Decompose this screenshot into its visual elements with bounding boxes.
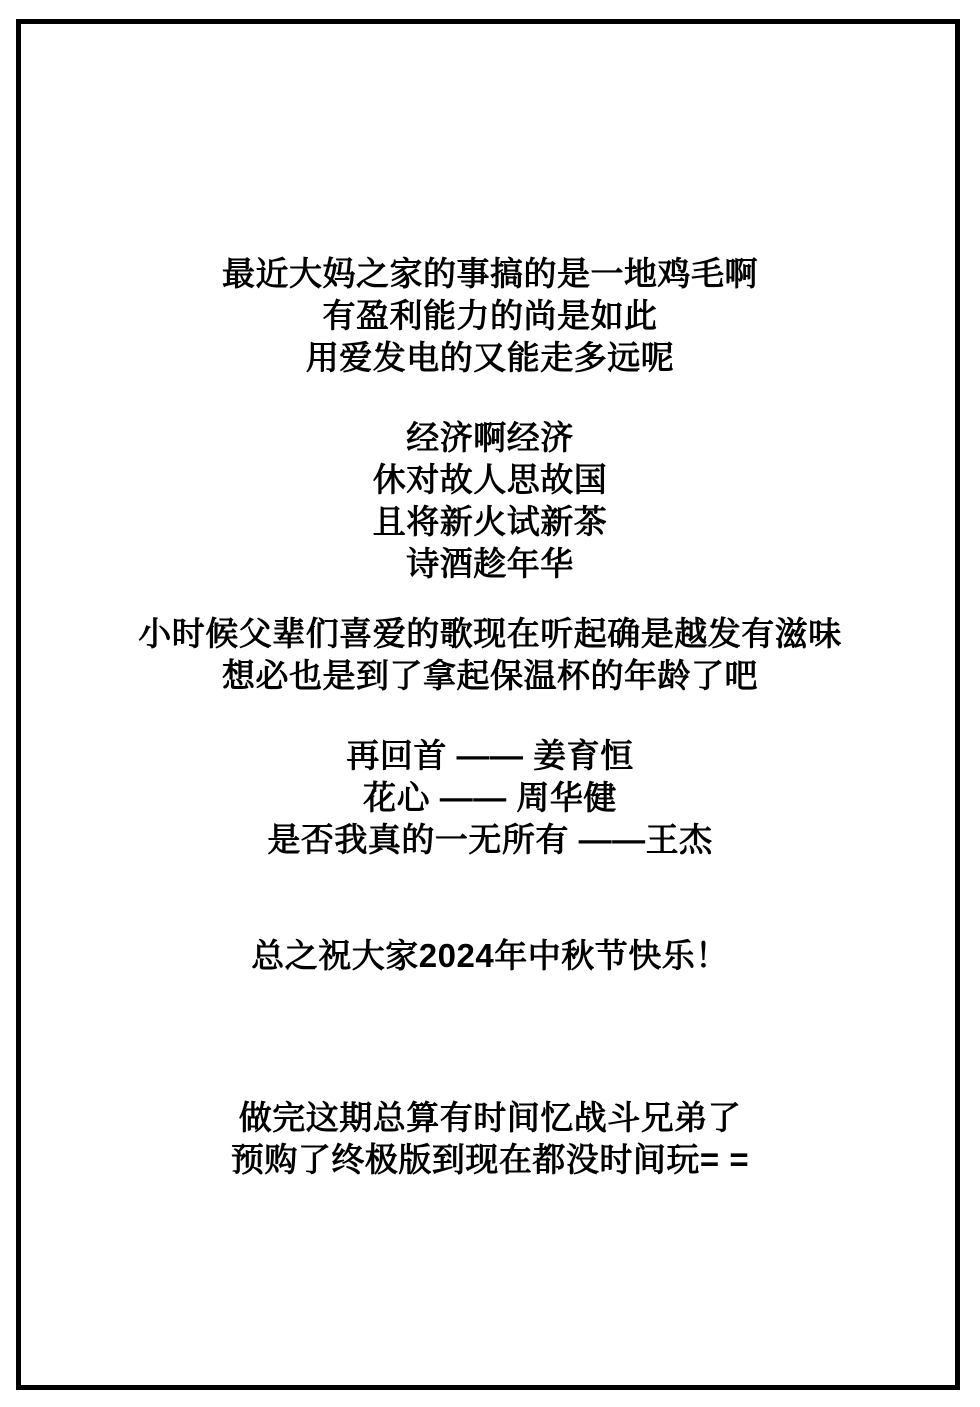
text-line: 想必也是到了拿起保温杯的年龄了吧 [0, 655, 980, 697]
text-line: 小时候父辈们喜爱的歌现在听起确是越发有滋味 [0, 613, 980, 655]
afterword-text-content: 最近大妈之家的事搞的是一地鸡毛啊 有盈利能力的尚是如此 用爱发电的又能走多远呢 … [0, 0, 980, 1181]
song-line: 花心 —— 周华健 [0, 777, 980, 819]
text-line: 用爱发电的又能走多远呢 [0, 337, 980, 379]
text-line: 且将新火试新茶 [0, 501, 980, 543]
text-line: 预购了终极版到现在都没时间玩= = [0, 1139, 980, 1181]
text-block-reflection: 小时候父辈们喜爱的歌现在听起确是越发有滋味 想必也是到了拿起保温杯的年龄了吧 [0, 613, 980, 697]
text-line: 诗酒趁年华 [0, 543, 980, 585]
song-line: 再回首 —— 姜育恒 [0, 735, 980, 777]
text-line: 做完这期总算有时间忆战斗兄弟了 [0, 1097, 980, 1139]
text-block-intro: 最近大妈之家的事搞的是一地鸡毛啊 有盈利能力的尚是如此 用爱发电的又能走多远呢 [0, 253, 980, 379]
text-line: 经济啊经济 [0, 417, 980, 459]
text-line: 总之祝大家2024年中秋节快乐！ [0, 935, 980, 977]
text-block-poem: 经济啊经济 休对故人思故国 且将新火试新茶 诗酒趁年华 [0, 417, 980, 585]
text-block-festival-greeting: 总之祝大家2024年中秋节快乐！ [0, 935, 980, 977]
song-line: 是否我真的一无所有 ——王杰 [0, 819, 980, 861]
text-block-song-list: 再回首 —— 姜育恒 花心 —— 周华健 是否我真的一无所有 ——王杰 [0, 735, 980, 861]
text-line: 有盈利能力的尚是如此 [0, 295, 980, 337]
text-line: 最近大妈之家的事搞的是一地鸡毛啊 [0, 253, 980, 295]
text-line: 休对故人思故国 [0, 459, 980, 501]
text-block-postscript: 做完这期总算有时间忆战斗兄弟了 预购了终极版到现在都没时间玩= = [0, 1097, 980, 1181]
